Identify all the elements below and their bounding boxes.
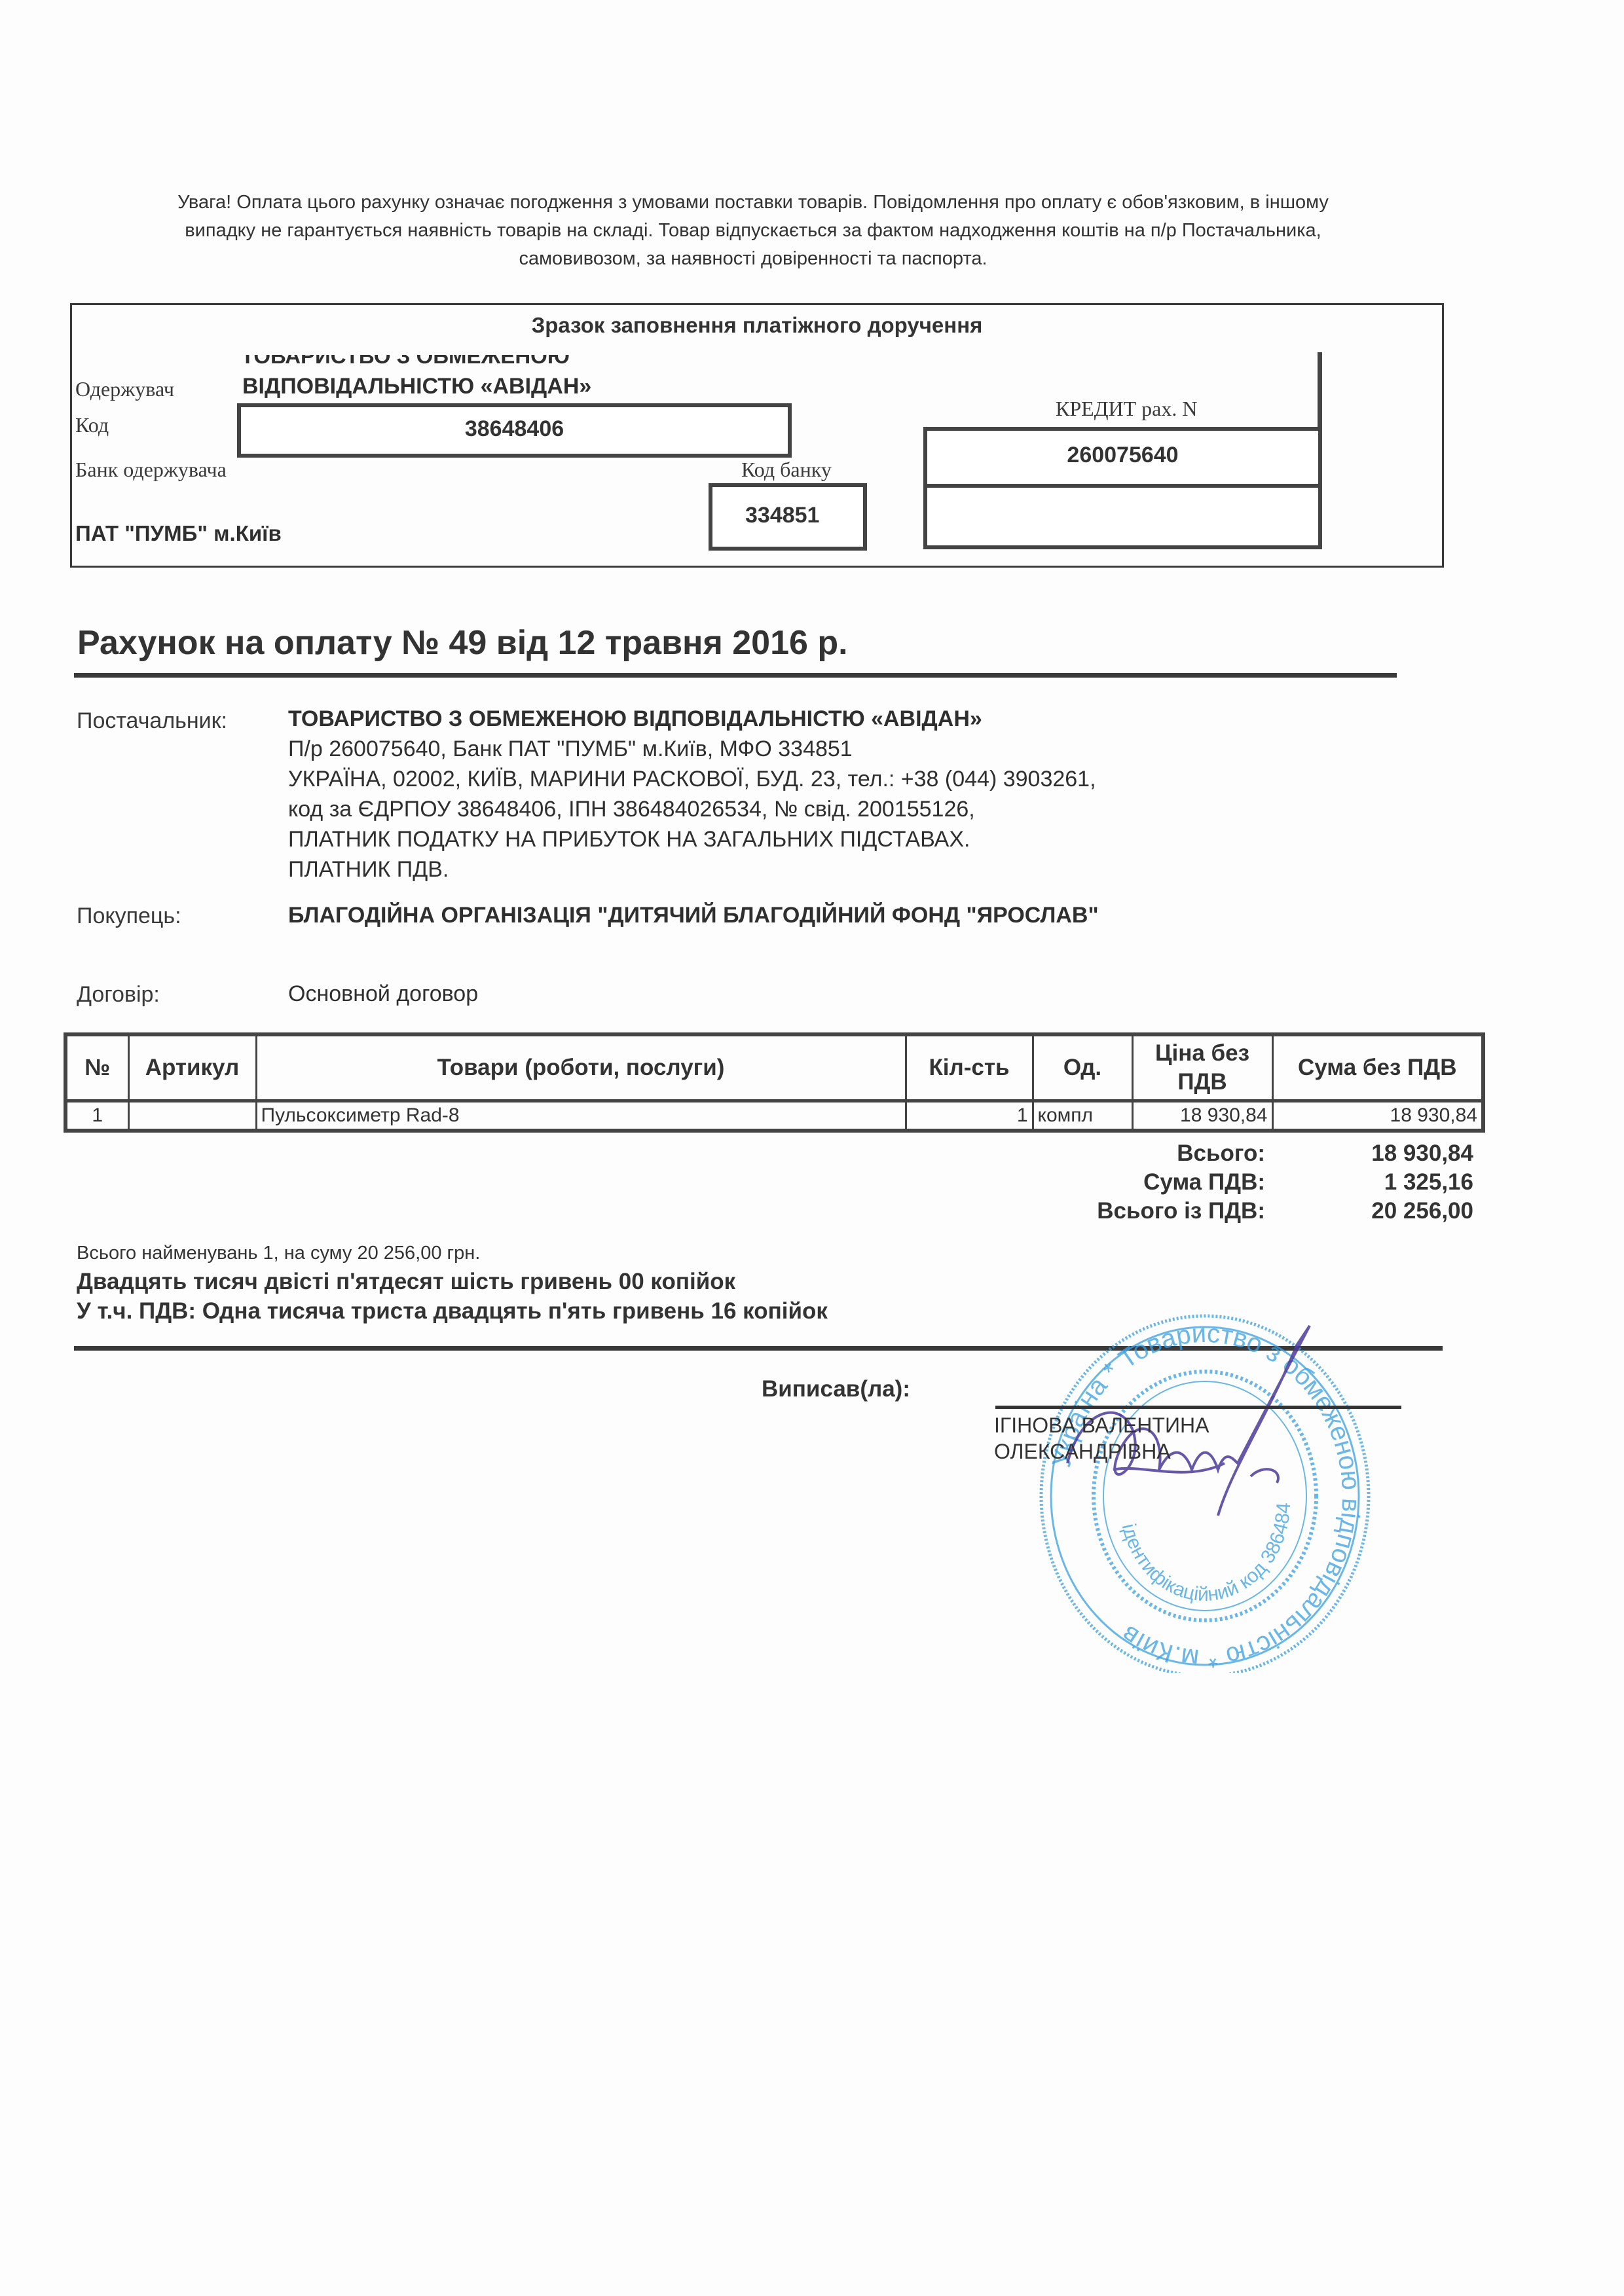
contract-label: Договір: [77,982,160,1008]
issued-by-label: Виписав(ла): [762,1376,910,1402]
bank-label: Банк одержувача [75,458,227,482]
items-table: № Артикул Товари (роботи, послуги) Кіл-с… [64,1032,1485,1133]
code-label: Код [75,413,109,437]
recipient-code-value: 38648406 [241,416,788,442]
supplier-name: ТОВАРИСТВО З ОБМЕЖЕНОЮ ВІДПОВІДАЛЬНІСТЮ … [288,704,1096,734]
credit-account-field: 260075640 [923,427,1322,488]
recipient-label: Одержувач [75,377,174,401]
supplier-details: ТОВАРИСТВО З ОБМЕЖЕНОЮ ВІДПОВІДАЛЬНІСТЮ … [288,704,1096,884]
credit-extra-field [923,484,1322,549]
vat-label: Сума ПДВ: [938,1169,1265,1195]
total-value: 18 930,84 [1277,1140,1473,1167]
bank-code-field: 334851 [709,483,867,551]
cell-goods: Пульсоксиметр Rad-8 [256,1101,906,1131]
recipient-name-line1: ТОВАРИСТВО З ОБМЕЖЕНОЮ [241,344,570,368]
bank-code-value: 334851 [712,503,819,528]
payment-notice: Увага! Оплата цього рахунку означає пого… [79,189,1428,273]
col-header-sku: Артикул [128,1034,256,1101]
col-header-price: Ціна без ПДВ [1132,1034,1272,1101]
notice-line: Увага! Оплата цього рахунку означає пого… [79,189,1428,217]
supplier-line: ПЛАТНИК ПДВ. [288,854,1096,884]
contract-value: Основной договор [288,979,478,1009]
bank-code-label: Код банку [741,458,832,482]
amount-in-words: Двадцять тисяч двісті п'ятдесят шість гр… [77,1269,735,1295]
company-stamp-icon: Україна * Товариство з обмеженою відпові… [969,1300,1441,1673]
col-header-qty: Кіл-сть [906,1034,1033,1101]
cell-qty: 1 [906,1101,1033,1131]
title-underline [74,673,1397,678]
notice-line: самовивозом, за наявності довіренності т… [79,245,1428,273]
table-header-row: № Артикул Товари (роботи, послуги) Кіл-с… [65,1034,1483,1101]
buyer-name: БЛАГОДІЙНА ОРГАНІЗАЦІЯ "ДИТЯЧИЙ БЛАГОДІЙ… [288,900,1099,930]
cell-unit: компл [1033,1101,1132,1131]
supplier-line: П/р 260075640, Банк ПАТ "ПУМБ" м.Київ, М… [288,734,1096,764]
table-row: 1 Пульсоксиметр Rad-8 1 компл 18 930,84 … [65,1101,1483,1131]
cell-sku [128,1101,256,1131]
vat-in-words: У т.ч. ПДВ: Одна тисяча триста двадцять … [77,1298,828,1324]
vat-value: 1 325,16 [1277,1169,1473,1195]
credit-account-value: 260075640 [927,443,1318,468]
cell-number: 1 [65,1101,128,1131]
total-with-vat-value: 20 256,00 [1277,1198,1473,1224]
col-header-goods: Товари (роботи, послуги) [256,1034,906,1101]
cell-price: 18 930,84 [1132,1101,1272,1131]
items-count-summary: Всього найменувань 1, на суму 20 256,00 … [77,1243,480,1264]
bank-name: ПАТ "ПУМБ" м.Київ [75,521,282,546]
cell-sum: 18 930,84 [1272,1101,1483,1131]
col-header-number: № [65,1034,128,1101]
supplier-line: УКРАЇНА, 02002, КИЇВ, МАРИНИ РАСКОВОЇ, Б… [288,764,1096,794]
credit-divider [1318,352,1322,431]
total-label: Всього: [938,1140,1265,1167]
buyer-label: Покупець: [77,903,181,929]
supplier-line: код за ЄДРПОУ 38648406, ІПН 386484026534… [288,794,1096,824]
invoice-title: Рахунок на оплату № 49 від 12 травня 201… [77,623,848,663]
supplier-line: ПЛАТНИК ПОДАТКУ НА ПРИБУТОК НА ЗАГАЛЬНИХ… [288,824,1096,854]
signer-name-line1: ІГІНОВА ВАЛЕНТИНА [994,1412,1209,1438]
signer-name-line2: ОЛЕКСАНДРІВНА [994,1438,1209,1465]
signer-name: ІГІНОВА ВАЛЕНТИНА ОЛЕКСАНДРІВНА [994,1412,1209,1465]
notice-line: випадку не гарантується наявність товарі… [79,217,1428,245]
total-with-vat-label: Всього із ПДВ: [938,1198,1265,1224]
signature-line [995,1406,1401,1409]
payment-sample-box: Зразок заповнення платіжного доручення Т… [70,303,1444,568]
col-header-unit: Од. [1033,1034,1132,1101]
credit-label: КРЕДИТ рах. N [1056,397,1197,421]
supplier-label: Постачальник: [77,708,227,734]
col-header-sum: Сума без ПДВ [1272,1034,1483,1101]
payment-sample-title: Зразок заповнення платіжного доручення [72,313,1442,338]
recipient-code-field: 38648406 [237,403,792,458]
recipient-name-line2: ВІДПОВІДАЛЬНІСТЮ «АВІДАН» [242,374,591,399]
